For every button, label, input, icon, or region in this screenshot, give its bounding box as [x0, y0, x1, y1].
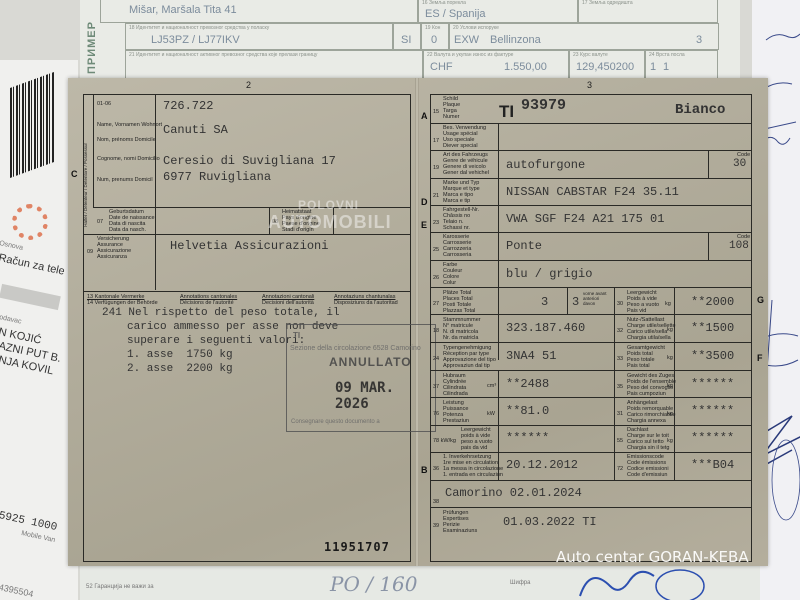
sun-logo-icon — [12, 204, 48, 240]
holder-name: Canuti SA — [163, 123, 228, 137]
invoice-amount: 1.550,00 — [504, 61, 547, 73]
holder-address-line-1: Ceresio di Suvigliana 17 — [163, 154, 336, 168]
annulled-stamp: TI Sezione della circolazione 6528 Camor… — [286, 324, 436, 432]
page-number-right: 3 — [587, 80, 592, 90]
emission-code: ***B04 — [691, 458, 734, 472]
displacement: **2488 — [506, 377, 549, 391]
seats-front: 3 — [572, 295, 579, 309]
body-code: 108 — [729, 240, 749, 252]
body-type: Ponte — [506, 239, 542, 253]
field-18-country-cell: SI — [393, 23, 421, 50]
axle-1-load: 1. asse 1750 kg — [127, 349, 233, 361]
matricule-number: 323.187.460 — [506, 321, 585, 335]
chassis-number: VWA SGF F24 A21 175 01 — [506, 212, 664, 226]
vehicle-panel: A D E B G F 15 Schild Plaque Targa Numer… — [430, 94, 752, 562]
blue-signature-stamp — [570, 566, 720, 600]
vehicle-registration-permit: 2 3 C 01-06 726.722 Halter / Détenteur /… — [68, 78, 768, 566]
background-customs-form: ПРИМЕР Mišar, Maršala Tita 41 16 Земља п… — [80, 0, 740, 81]
vehicle-color: blu / grigio — [506, 267, 592, 281]
page-number-left: 2 — [246, 80, 251, 90]
field-19-cell: 19 Кон 0 — [421, 23, 449, 50]
registration-number: 726.722 — [163, 99, 213, 113]
insurance-company: Helvetia Assicurazioni — [170, 239, 328, 253]
annotation-line-3: superare i seguenti valori: — [127, 335, 305, 347]
vehicle-type: autofurgone — [506, 158, 585, 172]
plate-canton: TI — [499, 102, 514, 122]
field-16-cell: 16 Земља порекла ES / Spanija — [418, 0, 578, 23]
field-17-cell: 17 Земља одредишта — [578, 0, 718, 23]
vehicle-type-code: 30 — [733, 158, 746, 170]
polovni-automobili-watermark: POLOVNI AUTOMOBILI — [268, 197, 392, 231]
inspection-date: 01.03.2022 TI — [503, 515, 597, 529]
barcode-icon — [10, 72, 54, 178]
engine-power: **81.0 — [506, 404, 549, 418]
stamp-date: 09 MAR. 2026 — [335, 380, 435, 412]
power-to-weight: ****** — [506, 431, 549, 445]
trailer-load: ****** — [691, 404, 734, 418]
train-weight: ****** — [691, 377, 734, 391]
canton-coat-icon: TI — [293, 331, 300, 340]
field-18-cell: 18 Идентитет и националност превозног ср… — [125, 23, 393, 50]
roof-load: ****** — [691, 431, 734, 445]
field-23-cell: 23 Курс валуте 129,450200 — [569, 50, 645, 80]
delivery-place: Bellinzona — [490, 34, 541, 46]
left-receipt-paper: Osnova Račun za tele odavac N KOJIĆ AZNI… — [0, 60, 78, 600]
document-serial-number: 11951707 — [324, 540, 390, 554]
bottom-customs-strip: 52 Гаранција не важи за PO / 160 Шифра — [80, 566, 760, 600]
payload: **1500 — [691, 321, 734, 335]
plate-color: Bianco — [675, 102, 725, 118]
address-cell: Mišar, Maršala Tita 41 — [100, 0, 418, 23]
transport-id: LJ53PZ / LJ77IKV — [151, 34, 240, 46]
first-registration-date: 20.12.2012 — [506, 458, 578, 472]
issue-place-date: Camorino 02.01.2024 — [445, 486, 582, 500]
empty-weight: **2000 — [691, 295, 734, 309]
handwritten-note: PO / 160 — [330, 572, 417, 596]
annotation-line-1: 241 Nel rispetto del peso totale, il — [102, 307, 340, 319]
stamp-status: ANNULLATO — [329, 355, 412, 369]
type-approval: 3NA4 51 — [506, 349, 556, 363]
field-22-cell: 22 Валута и укупан износ из фактуре CHF … — [423, 50, 569, 80]
origin-country: ES / Spanija — [425, 8, 486, 20]
holder-address-line-2: 6977 Ruvigliana — [163, 170, 271, 184]
seats-total: 3 — [541, 295, 548, 309]
total-weight: **3500 — [691, 349, 734, 363]
field-21-cell: 21 Идентитет и националност активног пре… — [125, 50, 423, 80]
exchange-rate: 129,450200 — [576, 61, 634, 73]
address-value: Mišar, Maršala Tita 41 — [129, 4, 237, 16]
dealer-watermark: Auto centar GORAN-KEBA — [556, 548, 749, 566]
field-24-cell: 24 Врста посла 1 1 — [645, 50, 718, 80]
make-model: NISSAN CABSTAR F24 35.11 — [506, 185, 679, 199]
field-20-cell: 20 Услови испоруке EXW Bellinzona 3 — [449, 23, 719, 50]
plate-number: 93979 — [521, 97, 566, 114]
axle-2-load: 2. asse 2200 kg — [127, 363, 233, 375]
